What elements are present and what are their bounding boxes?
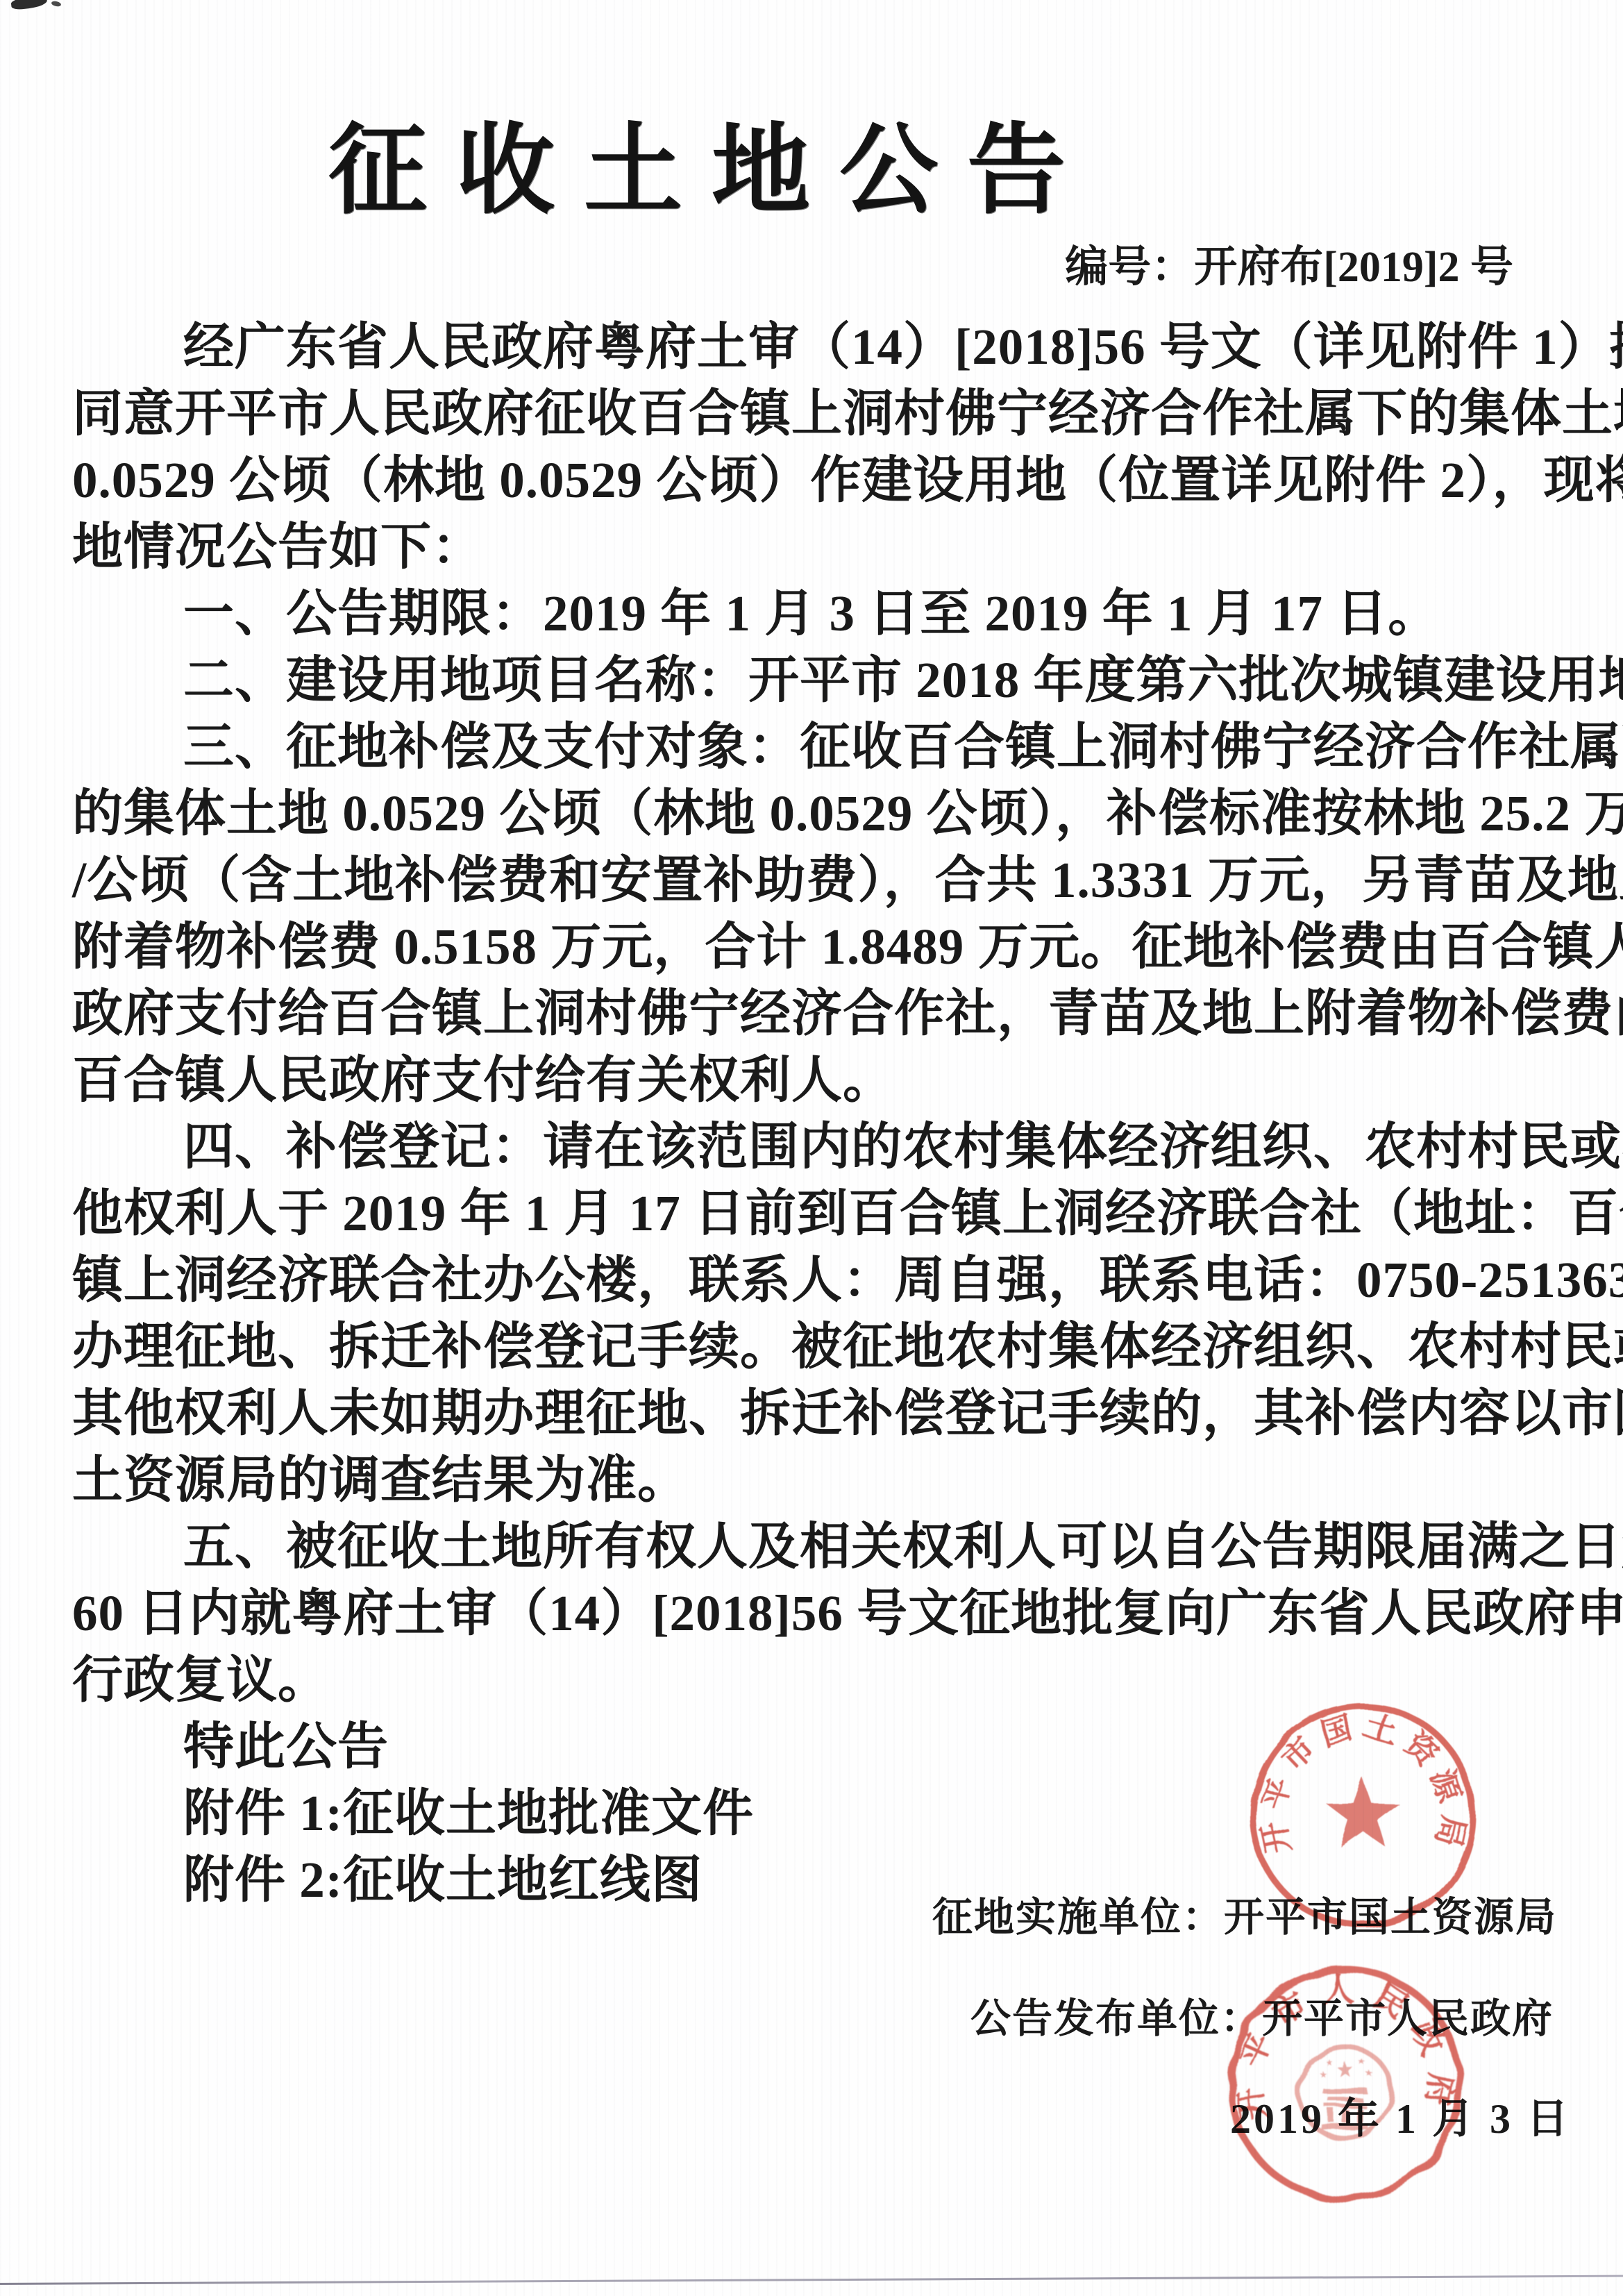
- document-line: 五、被征收土地所有权人及相关权利人可以自公告期限届满之日起: [72, 1514, 1556, 1580]
- document-line: 附着物补偿费 0.5158 万元，合计 1.8489 万元。征地补偿费由百合镇人…: [72, 914, 1556, 980]
- seal-people-government: 开平市人民政府: [1213, 1952, 1477, 2216]
- announcement-body: 经广东省人民政府粤府土审（14）[2018]56 号文（详见附件 1）批准， 同…: [72, 314, 1556, 1913]
- document-line: 三、征地补偿及支付对象：征收百合镇上洞村佛宁经济合作社属下: [72, 714, 1556, 780]
- doc-number: 编号：开府布[2019]2 号: [1065, 232, 1513, 294]
- announcement-document: 征收土地公告 编号：开府布[2019]2 号 经广东省人民政府粤府土审（14）[…: [0, 0, 1623, 2296]
- document-line: 的集体土地 0.0529 公顷（林地 0.0529 公顷），补偿标准按林地 25…: [72, 780, 1556, 847]
- document-line: 经广东省人民政府粤府土审（14）[2018]56 号文（详见附件 1）批准，: [72, 314, 1556, 380]
- document-line: /公顷（含土地补偿费和安置补助费），合共 1.3331 万元，另青苗及地上: [72, 847, 1556, 914]
- document-line: 同意开平市人民政府征收百合镇上洞村佛宁经济合作社属下的集体土地: [72, 380, 1556, 447]
- document-line: 其他权利人未如期办理征地、拆迁补偿登记手续的，其补偿内容以市国: [72, 1380, 1556, 1447]
- document-line: 0.0529 公顷（林地 0.0529 公顷）作建设用地（位置详见附件 2），现…: [72, 447, 1556, 514]
- star-icon: [1327, 1777, 1399, 1847]
- document-line: 镇上洞经济联合社办公楼，联系人：周自强，联系电话：0750-2513638）: [72, 1247, 1556, 1314]
- national-emblem: [1300, 2047, 1391, 2138]
- document-line: 政府支付给百合镇上洞村佛宁经济合作社，青苗及地上附着物补偿费由: [72, 980, 1556, 1047]
- document-line: 四、补偿登记：请在该范围内的农村集体经济组织、农村村民或其: [72, 1114, 1556, 1180]
- document-line: 土资源局的调查结果为准。: [72, 1447, 1556, 1514]
- page-title: 征收土地公告: [0, 117, 1423, 225]
- scan-smudge-topleft-2: [51, 1, 61, 8]
- scan-smudge-topleft: [10, 0, 48, 10]
- document-line: 60 日内就粤府土审（14）[2018]56 号文征地批复向广东省人民政府申请: [72, 1580, 1556, 1647]
- document-line: 他权利人于 2019 年 1 月 17 日前到百合镇上洞经济联合社（地址：百合: [72, 1180, 1556, 1247]
- document-line: 二、建设用地项目名称：开平市 2018 年度第六批次城镇建设用地。: [72, 647, 1556, 714]
- document-line: 办理征地、拆迁补偿登记手续。被征地农村集体经济组织、农村村民或: [72, 1314, 1556, 1380]
- document-line: 百合镇人民政府支付给有关权利人。: [72, 1047, 1556, 1114]
- seal-land-resources-bureau: 开平市国土资源局: [1238, 1691, 1488, 1941]
- scan-edge-line: [0, 2275, 1623, 2285]
- document-line: 一、公告期限：2019 年 1 月 3 日至 2019 年 1 月 17 日。: [72, 580, 1556, 647]
- document-line: 地情况公告如下：: [72, 514, 1556, 580]
